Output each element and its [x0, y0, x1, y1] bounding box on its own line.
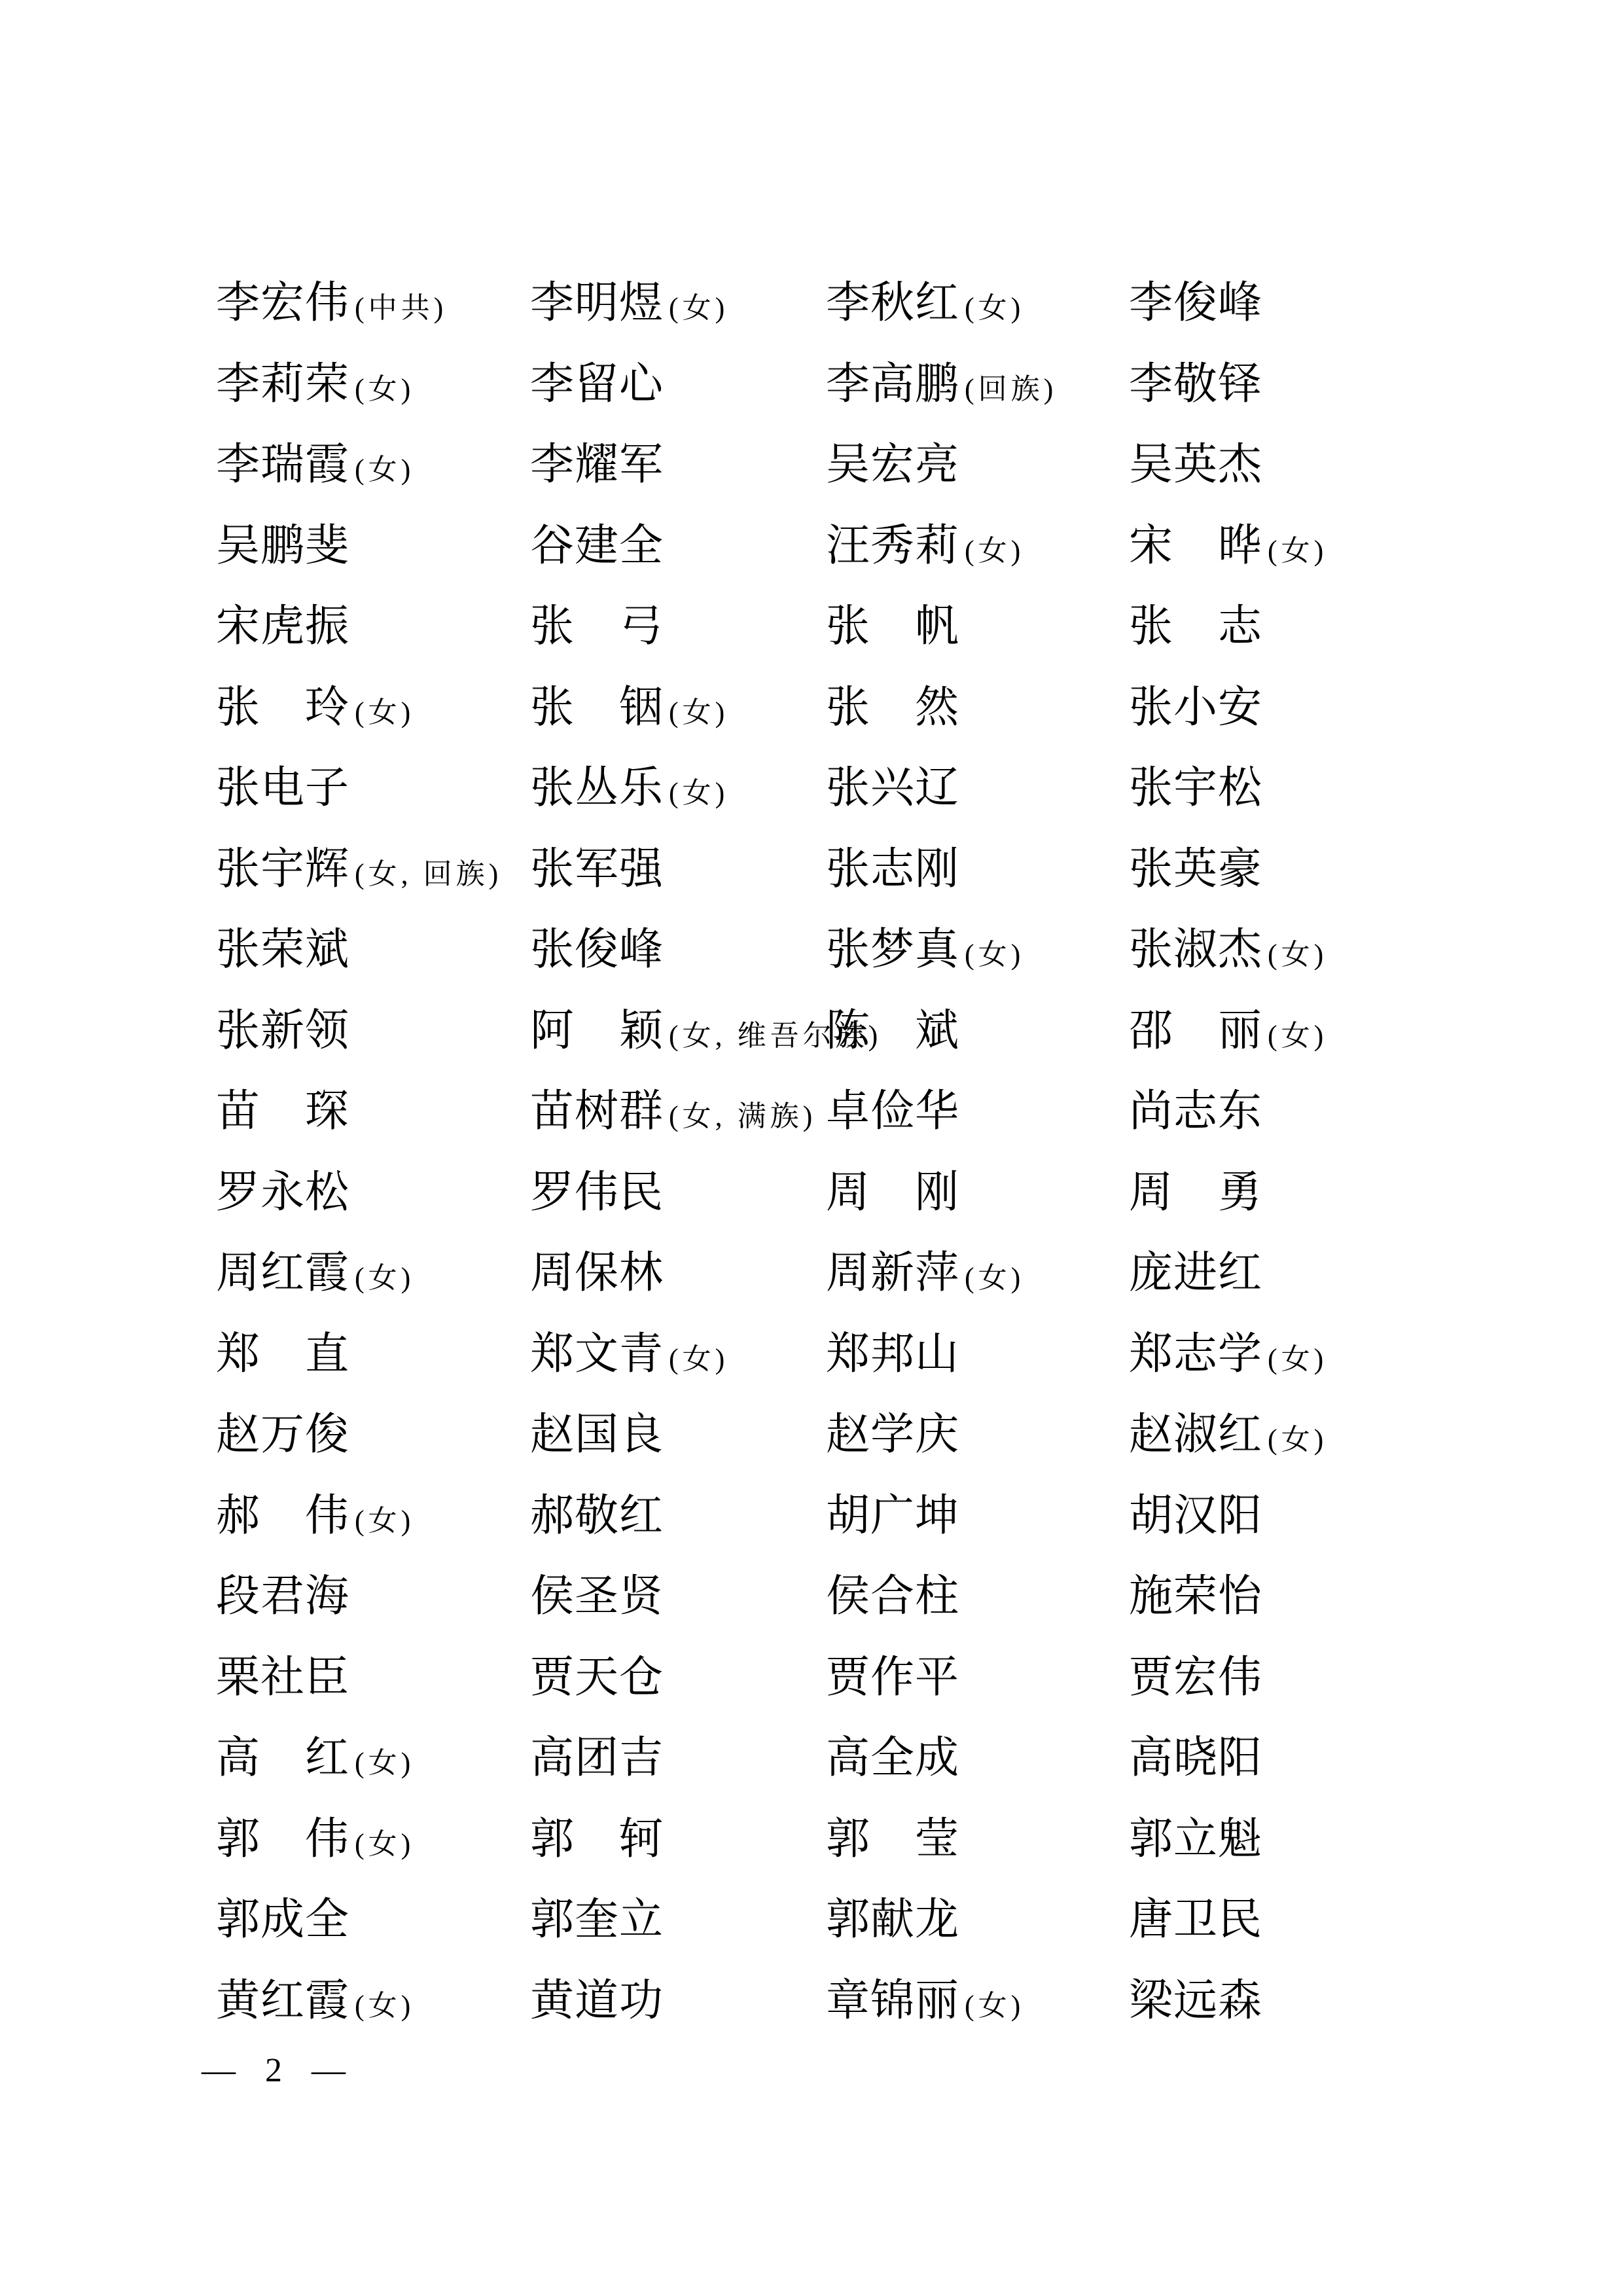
person-name: 郑 直 — [216, 1330, 349, 1378]
name-entry: 周新萍(女) — [826, 1251, 1129, 1295]
person-name: 赵学庆 — [826, 1410, 959, 1459]
gender-ethnicity-note: (女) — [965, 939, 1024, 971]
name-entry: 郝敬红 — [530, 1494, 826, 1538]
document-page: 李宏伟(中共)李明煜(女)李秋红(女)李俊峰李莉荣(女)李留心李高鹏(回族)李敬… — [0, 0, 1623, 2296]
name-list: 李宏伟(中共)李明煜(女)李秋红(女)李俊峰李莉荣(女)李留心李高鹏(回族)李敬… — [216, 281, 1512, 2060]
name-entry: 郭 轲 — [530, 1818, 826, 1861]
person-name: 庞进红 — [1129, 1249, 1262, 1297]
name-entry: 栗社臣 — [216, 1656, 530, 1700]
gender-ethnicity-note: (女) — [669, 1343, 728, 1375]
person-name: 张兴辽 — [826, 764, 959, 812]
person-name: 张俊峰 — [530, 925, 664, 974]
person-name: 张电子 — [216, 764, 349, 812]
name-row: 郑 直郑文青(女)郑邦山郑志学(女) — [216, 1333, 1512, 1414]
name-entry: 张小安 — [1129, 686, 1410, 730]
person-name: 贾作平 — [826, 1653, 959, 1702]
name-entry: 苗 琛 — [216, 1090, 530, 1134]
gender-ethnicity-note: (女) — [669, 777, 728, 809]
name-entry: 张志刚 — [826, 848, 1129, 891]
person-name: 吴宏亮 — [826, 440, 959, 489]
person-name: 苗 琛 — [216, 1087, 349, 1136]
name-entry: 周 勇 — [1129, 1171, 1410, 1215]
name-entry: 郭奎立 — [530, 1898, 826, 1942]
name-entry: 汪秀莉(女) — [826, 524, 1129, 568]
person-name: 张 铟 — [530, 683, 664, 732]
name-entry: 梁远森 — [1129, 1979, 1410, 2023]
name-entry: 郭 伟(女) — [216, 1818, 530, 1861]
name-entry: 张电子 — [216, 766, 530, 810]
name-entry: 郑邦山 — [826, 1333, 1129, 1376]
person-name: 张淑杰 — [1129, 925, 1262, 974]
name-entry: 李高鹏(回族) — [826, 363, 1129, 406]
person-name: 陈 斌 — [826, 1007, 959, 1055]
gender-ethnicity-note: (女) — [965, 535, 1024, 567]
person-name: 侯圣贤 — [530, 1572, 664, 1621]
person-name: 张荣斌 — [216, 925, 349, 974]
person-name: 胡广坤 — [826, 1492, 959, 1540]
name-entry: 张 玲(女) — [216, 686, 530, 730]
name-entry: 贾宏伟 — [1129, 1656, 1410, 1700]
name-entry: 张 弓 — [530, 605, 826, 649]
name-entry: 罗伟民 — [530, 1171, 826, 1215]
name-row: 张新领阿 颖(女, 维吾尔族)陈 斌邵 丽(女) — [216, 1009, 1512, 1090]
name-entry: 高团吉 — [530, 1736, 826, 1780]
name-entry: 李明煜(女) — [530, 281, 826, 325]
person-name: 邵 丽 — [1129, 1007, 1262, 1055]
name-entry: 施荣怡 — [1129, 1575, 1410, 1619]
name-entry: 贾作平 — [826, 1656, 1129, 1700]
person-name: 张英豪 — [1129, 845, 1262, 893]
person-name: 周 刚 — [826, 1168, 959, 1217]
gender-ethnicity-note: (女) — [355, 1505, 414, 1537]
person-name: 黄红霞 — [216, 1977, 349, 2025]
gender-ethnicity-note: (女) — [1268, 535, 1327, 567]
name-entry: 唐卫民 — [1129, 1898, 1410, 1942]
name-entry: 郭成全 — [216, 1898, 530, 1942]
person-name: 张军强 — [530, 845, 664, 893]
name-entry: 李敬铎 — [1129, 363, 1410, 406]
name-entry: 侯合柱 — [826, 1575, 1129, 1619]
name-entry: 高晓阳 — [1129, 1736, 1410, 1780]
name-entry: 张英豪 — [1129, 848, 1410, 891]
name-entry: 黄红霞(女) — [216, 1979, 530, 2023]
name-row: 李宏伟(中共)李明煜(女)李秋红(女)李俊峰 — [216, 281, 1512, 363]
person-name: 李莉荣 — [216, 360, 349, 408]
name-entry: 黄道功 — [530, 1979, 826, 2023]
name-entry: 侯圣贤 — [530, 1575, 826, 1619]
name-row: 黄红霞(女)黄道功章锦丽(女)梁远森 — [216, 1979, 1512, 2060]
person-name: 张丛乐 — [530, 764, 664, 812]
person-name: 李俊峰 — [1129, 279, 1262, 327]
person-name: 张 帆 — [826, 602, 959, 651]
person-name: 郑邦山 — [826, 1330, 959, 1378]
person-name: 宋虎振 — [216, 602, 349, 651]
name-entry: 张军强 — [530, 848, 826, 891]
name-entry: 周保林 — [530, 1251, 826, 1295]
name-entry: 张 志 — [1129, 605, 1410, 649]
name-row: 高 红(女)高团吉高全成高晓阳 — [216, 1736, 1512, 1818]
person-name: 侯合柱 — [826, 1572, 959, 1621]
name-row: 宋虎振张 弓张 帆张 志 — [216, 605, 1512, 686]
gender-ethnicity-note: (中共) — [355, 292, 447, 324]
person-name: 罗永松 — [216, 1168, 349, 1217]
person-name: 谷建全 — [530, 522, 664, 570]
name-row: 郝 伟(女)郝敬红胡广坤胡汉阳 — [216, 1494, 1512, 1575]
person-name: 贾宏伟 — [1129, 1653, 1262, 1702]
name-entry: 胡广坤 — [826, 1494, 1129, 1538]
name-row: 张荣斌张俊峰张梦真(女)张淑杰(女) — [216, 928, 1512, 1009]
person-name: 郭 莹 — [826, 1815, 959, 1863]
gender-ethnicity-note: (女) — [1268, 1343, 1327, 1375]
person-name: 张 玲 — [216, 683, 349, 732]
name-row: 郭成全郭奎立郭献龙唐卫民 — [216, 1898, 1512, 1979]
person-name: 李敬铎 — [1129, 360, 1262, 408]
person-name: 章锦丽 — [826, 1977, 959, 2025]
name-entry: 张 帆 — [826, 605, 1129, 649]
person-name: 李耀军 — [530, 440, 664, 489]
name-entry: 张丛乐(女) — [530, 766, 826, 810]
person-name: 赵国良 — [530, 1410, 664, 1459]
gender-ethnicity-note: (女) — [669, 292, 728, 324]
person-name: 高全成 — [826, 1734, 959, 1782]
person-name: 张 志 — [1129, 602, 1262, 651]
name-entry: 李俊峰 — [1129, 281, 1410, 325]
name-entry: 周红霞(女) — [216, 1251, 530, 1295]
person-name: 汪秀莉 — [826, 522, 959, 570]
name-entry: 张兴辽 — [826, 766, 1129, 810]
person-name: 尚志东 — [1129, 1087, 1262, 1136]
person-name: 张小安 — [1129, 683, 1262, 732]
person-name: 黄道功 — [530, 1977, 664, 2025]
person-name: 郑志学 — [1129, 1330, 1262, 1378]
name-entry: 张 铟(女) — [530, 686, 826, 730]
name-entry: 阿 颖(女, 维吾尔族) — [530, 1009, 826, 1053]
name-entry: 赵国良 — [530, 1413, 826, 1457]
person-name: 施荣怡 — [1129, 1572, 1262, 1621]
person-name: 吴鹏斐 — [216, 522, 349, 570]
gender-ethnicity-note: (回族) — [965, 373, 1057, 405]
person-name: 郭 伟 — [216, 1815, 349, 1863]
person-name: 卓俭华 — [826, 1087, 959, 1136]
person-name: 栗社臣 — [216, 1653, 349, 1702]
name-entry: 赵淑红(女) — [1129, 1413, 1410, 1457]
person-name: 段君海 — [216, 1572, 349, 1621]
name-entry: 庞进红 — [1129, 1251, 1410, 1295]
person-name: 张梦真 — [826, 925, 959, 974]
gender-ethnicity-note: (女) — [965, 1262, 1024, 1294]
person-name: 周新萍 — [826, 1249, 959, 1297]
person-name: 周红霞 — [216, 1249, 349, 1297]
person-name: 周 勇 — [1129, 1168, 1262, 1217]
name-entry: 郑 直 — [216, 1333, 530, 1376]
gender-ethnicity-note: (女) — [355, 1747, 414, 1779]
person-name: 高团吉 — [530, 1734, 664, 1782]
person-name: 唐卫民 — [1129, 1895, 1262, 1944]
name-row: 罗永松罗伟民周 刚周 勇 — [216, 1171, 1512, 1252]
person-name: 苗树群 — [530, 1087, 664, 1136]
name-entry: 李留心 — [530, 363, 826, 406]
gender-ethnicity-note: (女) — [965, 292, 1024, 324]
name-entry: 章锦丽(女) — [826, 1979, 1129, 2023]
name-entry: 郑志学(女) — [1129, 1333, 1410, 1376]
name-row: 栗社臣贾天仓贾作平贾宏伟 — [216, 1656, 1512, 1737]
gender-ethnicity-note: (女, 满族) — [669, 1100, 816, 1132]
name-entry: 张宇辉(女, 回族) — [216, 848, 530, 891]
person-name: 李明煜 — [530, 279, 664, 327]
gender-ethnicity-note: (女) — [965, 1990, 1024, 2022]
name-entry: 郑文青(女) — [530, 1333, 826, 1376]
person-name: 高 红 — [216, 1734, 349, 1782]
name-entry: 罗永松 — [216, 1171, 530, 1215]
name-entry: 卓俭华 — [826, 1090, 1129, 1134]
person-name: 周保林 — [530, 1249, 664, 1297]
name-entry: 李瑞霞(女) — [216, 443, 530, 487]
name-row: 吴鹏斐谷建全汪秀莉(女)宋 晔(女) — [216, 524, 1512, 605]
person-name: 郝敬红 — [530, 1492, 664, 1540]
gender-ethnicity-note: (女) — [669, 696, 728, 728]
person-name: 李留心 — [530, 360, 664, 408]
person-name: 郝 伟 — [216, 1492, 349, 1540]
name-entry: 段君海 — [216, 1575, 530, 1619]
gender-ethnicity-note: (女) — [355, 373, 414, 405]
name-entry: 谷建全 — [530, 524, 826, 568]
name-entry: 高全成 — [826, 1736, 1129, 1780]
gender-ethnicity-note: (女) — [1268, 1020, 1327, 1052]
person-name: 郭立魁 — [1129, 1815, 1262, 1863]
person-name: 宋 晔 — [1129, 522, 1262, 570]
name-entry: 贾天仓 — [530, 1656, 826, 1700]
name-entry: 尚志东 — [1129, 1090, 1410, 1134]
person-name: 吴英杰 — [1129, 440, 1262, 489]
person-name: 贾天仓 — [530, 1653, 664, 1702]
page-number: — 2 — — [202, 2052, 356, 2089]
name-entry: 宋 晔(女) — [1129, 524, 1410, 568]
name-entry: 张新领 — [216, 1009, 530, 1053]
name-entry: 吴鹏斐 — [216, 524, 530, 568]
name-row: 周红霞(女)周保林周新萍(女)庞进红 — [216, 1251, 1512, 1333]
person-name: 赵万俊 — [216, 1410, 349, 1459]
person-name: 胡汉阳 — [1129, 1492, 1262, 1540]
name-entry: 郭 莹 — [826, 1818, 1129, 1861]
person-name: 张 弓 — [530, 602, 664, 651]
gender-ethnicity-note: (女) — [355, 454, 414, 486]
name-entry: 张宇松 — [1129, 766, 1410, 810]
gender-ethnicity-note: (女) — [355, 696, 414, 728]
name-row: 段君海侯圣贤侯合柱施荣怡 — [216, 1575, 1512, 1656]
person-name: 李秋红 — [826, 279, 959, 327]
person-name: 李高鹏 — [826, 360, 959, 408]
name-entry: 赵万俊 — [216, 1413, 530, 1457]
name-entry: 李莉荣(女) — [216, 363, 530, 406]
name-entry: 李秋红(女) — [826, 281, 1129, 325]
name-row: 张宇辉(女, 回族)张军强张志刚张英豪 — [216, 848, 1512, 929]
person-name: 阿 颖 — [530, 1007, 664, 1055]
name-entry: 周 刚 — [826, 1171, 1129, 1215]
name-row: 张电子张丛乐(女)张兴辽张宇松 — [216, 766, 1512, 848]
gender-ethnicity-note: (女) — [355, 1828, 414, 1860]
name-row: 李瑞霞(女)李耀军吴宏亮吴英杰 — [216, 443, 1512, 524]
name-entry: 赵学庆 — [826, 1413, 1129, 1457]
name-entry: 郭献龙 — [826, 1898, 1129, 1942]
person-name: 李宏伟 — [216, 279, 349, 327]
name-entry: 张俊峰 — [530, 928, 826, 972]
gender-ethnicity-note: (女) — [1268, 1424, 1327, 1456]
name-entry: 吴宏亮 — [826, 443, 1129, 487]
name-entry: 郭立魁 — [1129, 1818, 1410, 1861]
name-row: 郭 伟(女)郭 轲郭 莹郭立魁 — [216, 1818, 1512, 1899]
person-name: 张宇辉 — [216, 845, 349, 893]
person-name: 郭献龙 — [826, 1895, 959, 1944]
name-entry: 张 然 — [826, 686, 1129, 730]
name-row: 苗 琛苗树群(女, 满族)卓俭华尚志东 — [216, 1090, 1512, 1171]
name-entry: 苗树群(女, 满族) — [530, 1090, 826, 1134]
person-name: 梁远森 — [1129, 1977, 1262, 2025]
name-entry: 胡汉阳 — [1129, 1494, 1410, 1538]
name-entry: 张荣斌 — [216, 928, 530, 972]
person-name: 高晓阳 — [1129, 1734, 1262, 1782]
name-entry: 宋虎振 — [216, 605, 530, 649]
person-name: 郭奎立 — [530, 1895, 664, 1944]
name-entry: 郝 伟(女) — [216, 1494, 530, 1538]
name-entry: 张淑杰(女) — [1129, 928, 1410, 972]
name-entry: 吴英杰 — [1129, 443, 1410, 487]
gender-ethnicity-note: (女) — [355, 1262, 414, 1294]
gender-ethnicity-note: (女) — [355, 1990, 414, 2022]
name-row: 张 玲(女)张 铟(女)张 然张小安 — [216, 686, 1512, 767]
name-entry: 李耀军 — [530, 443, 826, 487]
person-name: 郭成全 — [216, 1895, 349, 1944]
person-name: 郑文青 — [530, 1330, 664, 1378]
person-name: 李瑞霞 — [216, 440, 349, 489]
name-entry: 李宏伟(中共) — [216, 281, 530, 325]
person-name: 张新领 — [216, 1007, 349, 1055]
page-footer: — 2 — — [202, 2054, 356, 2088]
name-entry: 邵 丽(女) — [1129, 1009, 1410, 1053]
name-entry: 张梦真(女) — [826, 928, 1129, 972]
person-name: 张宇松 — [1129, 764, 1262, 812]
name-row: 李莉荣(女)李留心李高鹏(回族)李敬铎 — [216, 363, 1512, 444]
person-name: 张 然 — [826, 683, 959, 732]
person-name: 郭 轲 — [530, 1815, 664, 1863]
name-entry: 高 红(女) — [216, 1736, 530, 1780]
gender-ethnicity-note: (女, 回族) — [355, 858, 502, 890]
gender-ethnicity-note: (女) — [1268, 939, 1327, 971]
person-name: 张志刚 — [826, 845, 959, 893]
person-name: 罗伟民 — [530, 1168, 664, 1217]
person-name: 赵淑红 — [1129, 1410, 1262, 1459]
name-row: 赵万俊赵国良赵学庆赵淑红(女) — [216, 1413, 1512, 1494]
name-entry: 陈 斌 — [826, 1009, 1129, 1053]
